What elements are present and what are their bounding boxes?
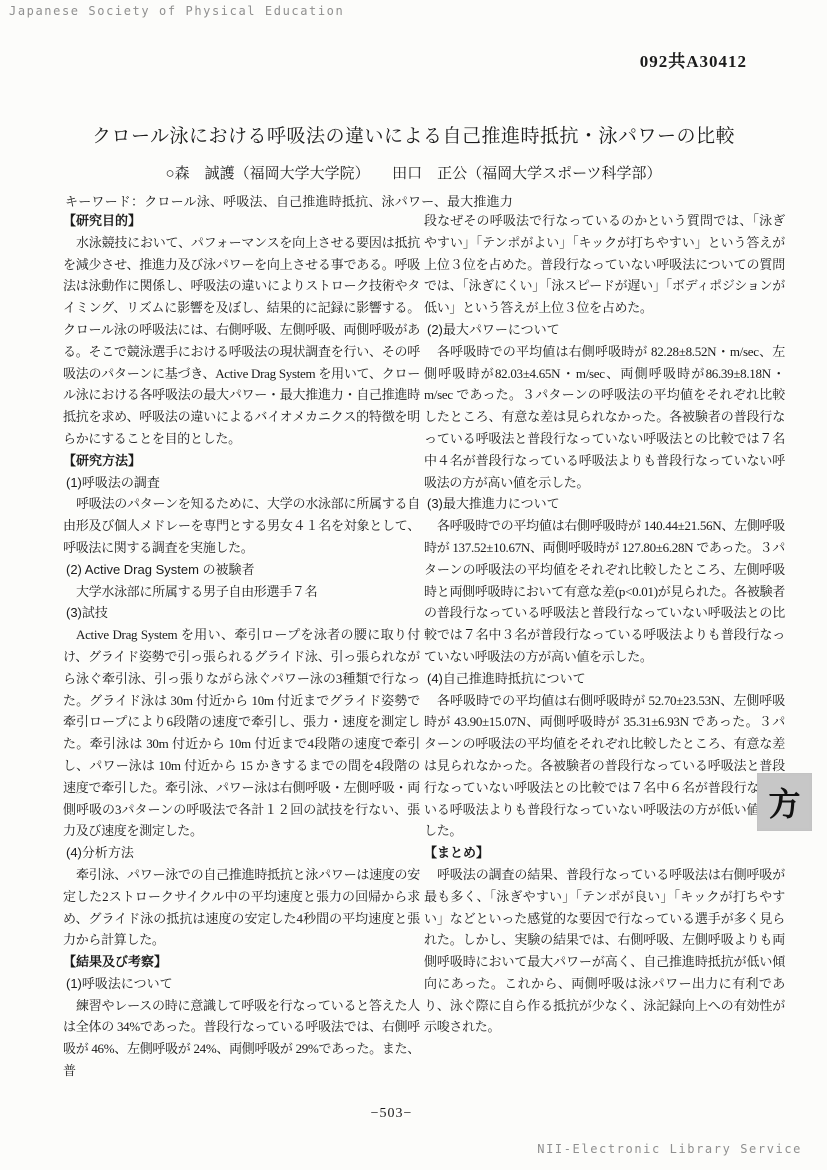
page-number: −503− <box>0 1106 805 1122</box>
keywords-line: キーワード：クロール泳、呼吸法、自己推進時抵抗、泳パワー、最大推進力 <box>65 191 513 210</box>
right-column: 段なぜその呼吸法で行なっているのかという質問では、「泳ぎやすい」「テンポがよい」… <box>424 210 785 1038</box>
paragraph-survey: 呼吸法のパターンを知るために、大学の水泳部に所属する自由形及び個人メドレーを専門… <box>63 493 420 558</box>
paragraph-purpose: 水泳競技において、パフォーマンスを向上させる要因は抵抗を減少させ、推進力及び泳パ… <box>63 232 420 450</box>
authors-line: ○森 誠護（福岡大学大学院） 田口 正公（福岡大学スポーツ科学部） <box>0 162 827 183</box>
left-column: 【研究目的】 水泳競技において、パフォーマンスを向上させる要因は抵抗を減少させ、… <box>63 210 420 1082</box>
paragraph-summary: 呼吸法の調査の結果、普段行なっている呼吸法は右側呼吸が最も多く、「泳ぎやすい」「… <box>424 864 785 1038</box>
subsection-max-propulsion: (3)最大推進力について <box>424 493 785 515</box>
subsection-subjects: (2) Active Drag System の被験者 <box>63 559 420 581</box>
section-heading-summary: 【まとめ】 <box>424 842 785 864</box>
paragraph-max-power: 各呼吸時での平均値は右側呼吸時が 82.28±8.52N・m/sec、左側呼吸時… <box>424 341 785 494</box>
library-header: Japanese Society of Physical Education <box>9 4 344 18</box>
subsection-breathing: (1)呼吸法について <box>63 973 420 995</box>
paragraph-max-propulsion: 各呼吸時での平均値は右側呼吸時が 140.44±21.56N、左側呼吸時が 13… <box>424 515 785 668</box>
subsection-survey: (1)呼吸法の調査 <box>63 472 420 494</box>
document-number: 092共A30412 <box>640 47 747 72</box>
library-footer: NII-Electronic Library Service <box>537 1142 802 1156</box>
paragraph-subjects: 大学水泳部に所属する男子自由形選手７名 <box>63 581 420 603</box>
subsection-drag: (4)自己推進時抵抗について <box>424 668 785 690</box>
subsection-analysis: (4)分析方法 <box>63 842 420 864</box>
index-tab: 方 <box>757 773 812 831</box>
subsection-max-power: (2)最大パワーについて <box>424 319 785 341</box>
paragraph-analysis: 牽引泳、パワー泳での自己推進時抵抗と泳パワーは速度の安定した2ストロークサイクル… <box>63 864 420 951</box>
subsection-trials: (3)試技 <box>63 602 420 624</box>
paragraph-drag: 各呼吸時での平均値は右側呼吸時が 52.70±23.53N、左側呼吸時が 43.… <box>424 690 785 843</box>
paragraph-breathing: 練習やレースの時に意識して呼吸を行なっていると答えた人は全体の 34%であった。… <box>63 995 420 1082</box>
section-heading-results: 【結果及び考察】 <box>63 951 420 973</box>
section-heading-methods: 【研究方法】 <box>63 450 420 472</box>
paper-title: クロール泳における呼吸法の違いによる自己推進時抵抗・泳パワーの比較 <box>0 121 827 148</box>
paragraph-trials: Active Drag System を用い、牽引ロープを泳者の腰に取り付け、グ… <box>63 624 420 842</box>
section-heading-purpose: 【研究目的】 <box>63 210 420 232</box>
paragraph-breathing-cont: 段なぜその呼吸法で行なっているのかという質問では、「泳ぎやすい」「テンポがよい」… <box>424 210 785 319</box>
